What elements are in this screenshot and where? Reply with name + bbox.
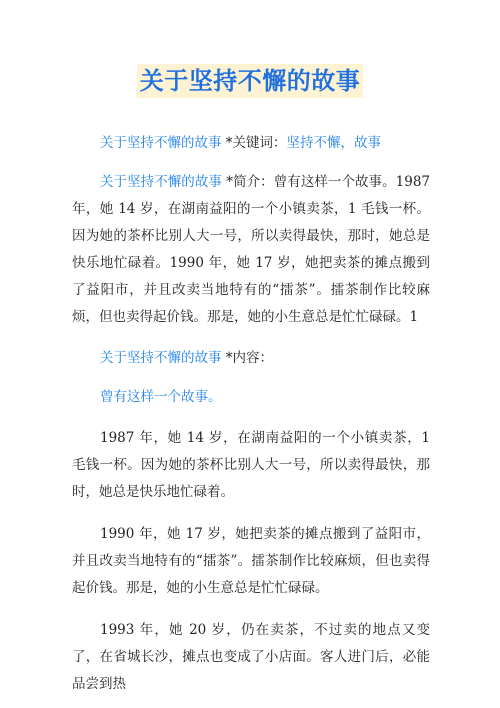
keywords-value[interactable]: 坚持不懈，故事 <box>287 135 382 151</box>
title-link[interactable]: 关于坚持不懈的故事 <box>100 174 222 190</box>
body-paragraph: 1993 年，她 20 岁，仍在卖茶，不过卖的地点又变了，在省城长沙，摊点也变成… <box>72 617 430 698</box>
title-container: 关于坚持不懈的故事 <box>0 64 500 98</box>
intro-paragraph: 关于坚持不懈的故事 *简介：曾有这样一个故事。1987 年，她 14 岁，在湖南… <box>72 169 430 331</box>
document-body: 关于坚持不懈的故事 *关键词：坚持不懈，故事 关于坚持不懈的故事 *简介：曾有这… <box>72 130 430 708</box>
intro-label: *简介： <box>222 174 274 190</box>
keywords-label: *关键词： <box>222 135 287 151</box>
body-paragraph: 1987 年，她 14 岁，在湖南益阳的一个小镇卖茶，1 毛钱一杯。因为她的茶杯… <box>72 425 430 506</box>
document-page: 关于坚持不懈的故事 关于坚持不懈的故事 *关键词：坚持不懈，故事 关于坚持不懈的… <box>0 0 500 708</box>
title-link[interactable]: 关于坚持不懈的故事 <box>100 135 222 151</box>
intro-text: 曾有这样一个故事。1987 年，她 14 岁，在湖南益阳的一个小镇卖茶，1 毛钱… <box>72 174 430 325</box>
document-title: 关于坚持不懈的故事 <box>137 64 364 98</box>
content-label-line: 关于坚持不懈的故事 *内容： <box>72 345 430 372</box>
content-label: *内容： <box>222 350 274 366</box>
story-subheading: 曾有这样一个故事。 <box>72 384 430 411</box>
body-paragraph: 1990 年，她 17 岁，她把卖茶的摊点搬到了益阳市，并且改卖当地特有的“擂茶… <box>72 521 430 602</box>
title-link[interactable]: 关于坚持不懈的故事 <box>100 350 222 366</box>
keywords-line: 关于坚持不懈的故事 *关键词：坚持不懈，故事 <box>72 130 430 157</box>
